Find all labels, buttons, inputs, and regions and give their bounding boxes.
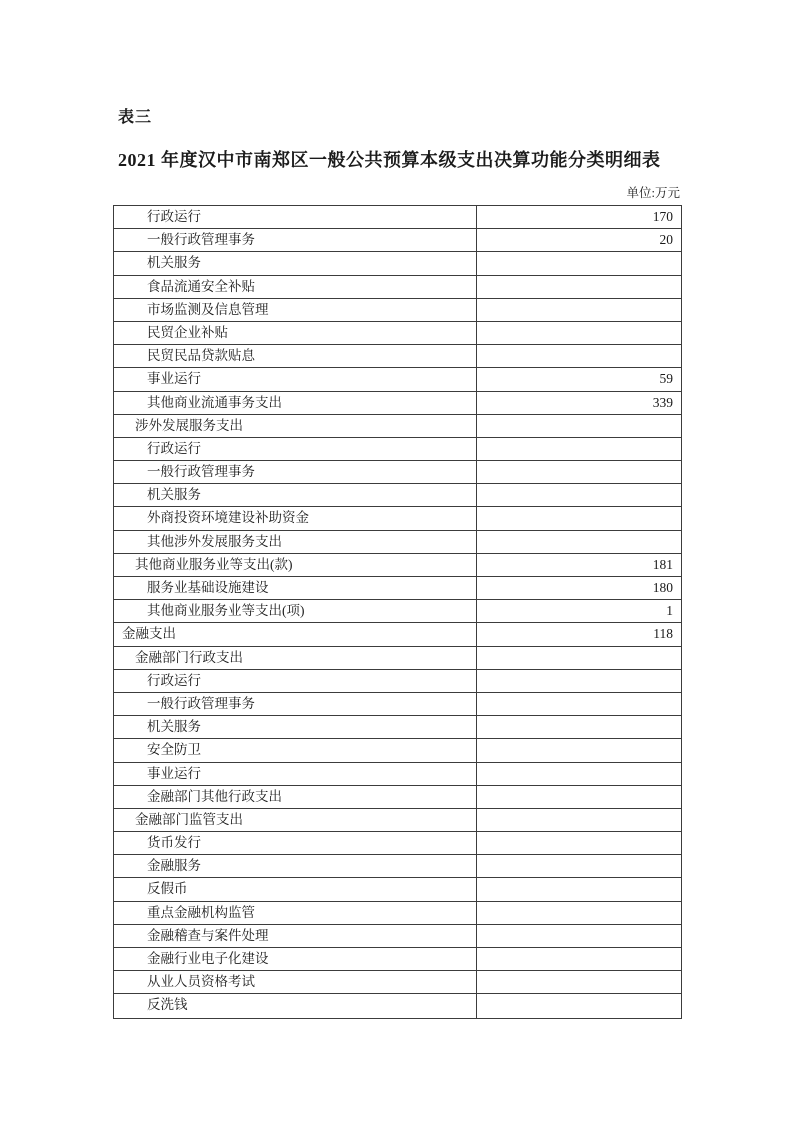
value-cell: 339	[476, 392, 681, 414]
table-row: 金融行业电子化建设	[114, 948, 681, 971]
category-cell: 行政运行	[114, 206, 476, 228]
value-cell	[476, 299, 681, 321]
value-cell	[476, 461, 681, 483]
value-cell	[476, 415, 681, 437]
category-cell: 涉外发展服务支出	[114, 415, 476, 437]
table-number-label: 表三	[118, 104, 152, 127]
table-row: 安全防卫	[114, 739, 681, 762]
value-cell: 181	[476, 554, 681, 576]
value-cell	[476, 647, 681, 669]
category-cell: 机关服务	[114, 252, 476, 274]
value-cell	[476, 925, 681, 947]
value-cell	[476, 276, 681, 298]
table-row: 行政运行170	[114, 206, 681, 229]
category-cell: 安全防卫	[114, 739, 476, 761]
document-page: 表三 2021 年度汉中市南郑区一般公共预算本级支出决算功能分类明细表 单位:万…	[0, 0, 793, 1122]
table-row: 服务业基础设施建设180	[114, 577, 681, 600]
table-row: 一般行政管理事务	[114, 461, 681, 484]
value-cell	[476, 948, 681, 970]
value-cell	[476, 438, 681, 460]
table-row: 机关服务	[114, 716, 681, 739]
value-cell	[476, 670, 681, 692]
value-cell: 118	[476, 623, 681, 645]
category-cell: 机关服务	[114, 716, 476, 738]
category-cell: 民贸企业补贴	[114, 322, 476, 344]
table-row: 行政运行	[114, 670, 681, 693]
table-row: 民贸民品贷款贴息	[114, 345, 681, 368]
table-row: 重点金融机构监管	[114, 902, 681, 925]
value-cell: 20	[476, 229, 681, 251]
value-cell	[476, 716, 681, 738]
value-cell	[476, 507, 681, 529]
category-cell: 服务业基础设施建设	[114, 577, 476, 599]
table-row: 一般行政管理事务20	[114, 229, 681, 252]
value-cell	[476, 252, 681, 274]
table-row: 其他商业流通事务支出339	[114, 392, 681, 415]
table-row: 货币发行	[114, 832, 681, 855]
table-row: 事业运行	[114, 763, 681, 786]
value-cell: 170	[476, 206, 681, 228]
category-cell: 事业运行	[114, 763, 476, 785]
value-cell	[476, 693, 681, 715]
table-row: 金融部门其他行政支出	[114, 786, 681, 809]
table-row: 反洗钱	[114, 994, 681, 1017]
budget-table-body: 行政运行170一般行政管理事务20机关服务食品流通安全补贴市场监测及信息管理民贸…	[114, 206, 681, 1018]
value-cell	[476, 832, 681, 854]
category-cell: 行政运行	[114, 438, 476, 460]
category-cell: 机关服务	[114, 484, 476, 506]
table-row: 行政运行	[114, 438, 681, 461]
category-cell: 重点金融机构监管	[114, 902, 476, 924]
category-cell: 外商投资环境建设补助资金	[114, 507, 476, 529]
category-cell: 金融稽查与案件处理	[114, 925, 476, 947]
table-row: 一般行政管理事务	[114, 693, 681, 716]
value-cell: 180	[476, 577, 681, 599]
category-cell: 其他商业服务业等支出(款)	[114, 554, 476, 576]
category-cell: 一般行政管理事务	[114, 693, 476, 715]
category-cell: 食品流通安全补贴	[114, 276, 476, 298]
value-cell: 59	[476, 368, 681, 390]
category-cell: 市场监测及信息管理	[114, 299, 476, 321]
value-cell	[476, 484, 681, 506]
table-row: 金融部门行政支出	[114, 647, 681, 670]
category-cell: 金融部门行政支出	[114, 647, 476, 669]
category-cell: 金融行业电子化建设	[114, 948, 476, 970]
budget-table: 行政运行170一般行政管理事务20机关服务食品流通安全补贴市场监测及信息管理民贸…	[113, 205, 682, 1019]
value-cell	[476, 739, 681, 761]
category-cell: 金融部门监管支出	[114, 809, 476, 831]
table-row: 从业人员资格考试	[114, 971, 681, 994]
value-cell	[476, 531, 681, 553]
value-cell	[476, 763, 681, 785]
value-cell	[476, 322, 681, 344]
category-cell: 一般行政管理事务	[114, 229, 476, 251]
unit-label: 单位:万元	[113, 183, 680, 201]
category-cell: 一般行政管理事务	[114, 461, 476, 483]
category-cell: 其他商业服务业等支出(项)	[114, 600, 476, 622]
category-cell: 事业运行	[114, 368, 476, 390]
value-cell	[476, 878, 681, 900]
value-cell	[476, 786, 681, 808]
category-cell: 金融支出	[114, 623, 476, 645]
category-cell: 反假币	[114, 878, 476, 900]
category-cell: 行政运行	[114, 670, 476, 692]
table-row: 金融服务	[114, 855, 681, 878]
table-row: 其他商业服务业等支出(项)1	[114, 600, 681, 623]
table-row: 民贸企业补贴	[114, 322, 681, 345]
table-row: 反假币	[114, 878, 681, 901]
table-row: 市场监测及信息管理	[114, 299, 681, 322]
table-row: 金融部门监管支出	[114, 809, 681, 832]
table-row: 金融稽查与案件处理	[114, 925, 681, 948]
value-cell	[476, 345, 681, 367]
category-cell: 从业人员资格考试	[114, 971, 476, 993]
table-row: 外商投资环境建设补助资金	[114, 507, 681, 530]
table-row: 机关服务	[114, 252, 681, 275]
value-cell	[476, 994, 681, 1017]
value-cell	[476, 809, 681, 831]
value-cell: 1	[476, 600, 681, 622]
category-cell: 其他涉外发展服务支出	[114, 531, 476, 553]
category-cell: 金融部门其他行政支出	[114, 786, 476, 808]
page-title: 2021 年度汉中市南郑区一般公共预算本级支出决算功能分类明细表	[118, 146, 718, 172]
table-row: 其他商业服务业等支出(款)181	[114, 554, 681, 577]
table-row: 食品流通安全补贴	[114, 276, 681, 299]
table-row: 其他涉外发展服务支出	[114, 531, 681, 554]
value-cell	[476, 855, 681, 877]
category-cell: 反洗钱	[114, 994, 476, 1017]
category-cell: 货币发行	[114, 832, 476, 854]
value-cell	[476, 902, 681, 924]
table-row: 事业运行59	[114, 368, 681, 391]
table-row: 涉外发展服务支出	[114, 415, 681, 438]
category-cell: 民贸民品贷款贴息	[114, 345, 476, 367]
category-cell: 其他商业流通事务支出	[114, 392, 476, 414]
table-row: 机关服务	[114, 484, 681, 507]
value-cell	[476, 971, 681, 993]
category-cell: 金融服务	[114, 855, 476, 877]
table-row: 金融支出118	[114, 623, 681, 646]
